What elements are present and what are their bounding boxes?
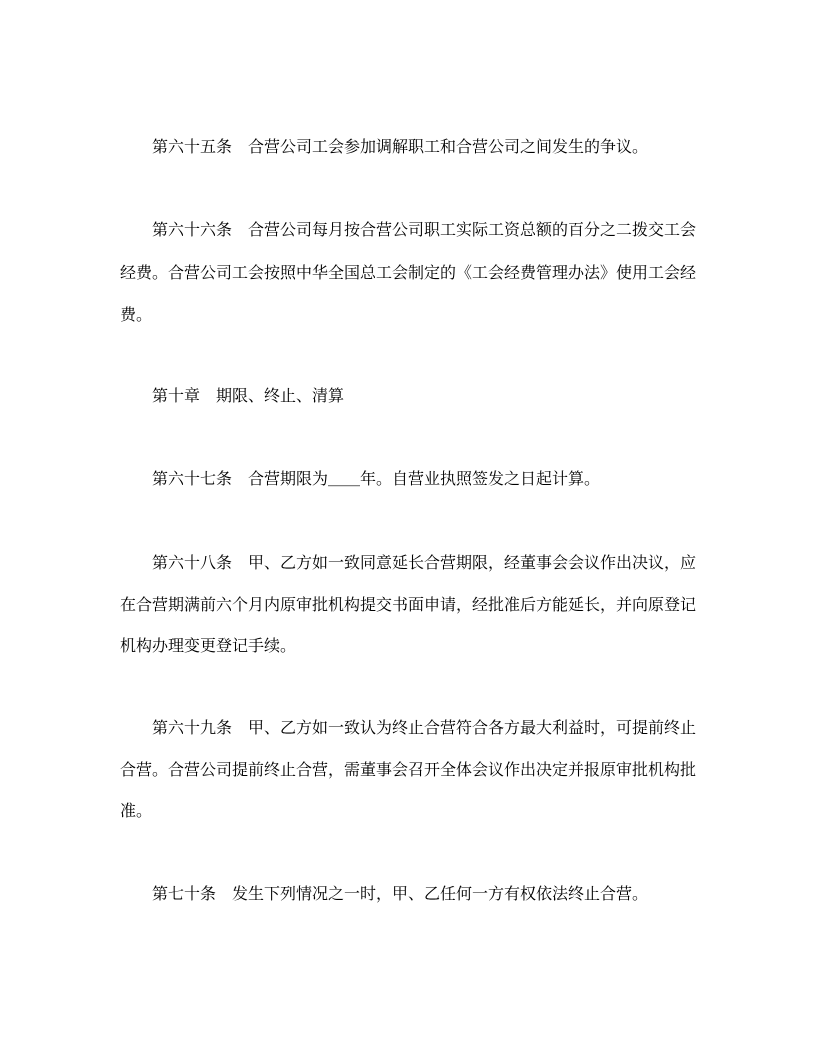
article-67-line-1: 第六十七条 合营期限为＿＿年。自营业执照签发之日起计算。: [152, 469, 600, 489]
article-68-line-2: 在合营期满前六个月内原审批机构提交书面申请，经批准后方能延长，并向原登记: [120, 595, 696, 615]
article-66-line-1: 第六十六条 合营公司每月按合营公司职工实际工资总额的百分之二拨交工会: [152, 220, 696, 240]
article-65-line-1: 第六十五条 合营公司工会参加调解职工和合营公司之间发生的争议。: [152, 137, 648, 157]
article-69-line-2: 合营。合营公司提前终止合营，需董事会召开全体会议作出决定并报原审批机构批: [120, 760, 696, 780]
chapter-10-heading: 第十章 期限、终止、清算: [152, 386, 344, 406]
article-70-line-1: 第七十条 发生下列情况之一时，甲、乙任何一方有权依法终止合营。: [152, 884, 648, 904]
article-66-line-3: 费。: [120, 305, 152, 325]
article-66-line-2: 经费。合营公司工会按照中华全国总工会制定的《工会经费管理办法》使用工会经: [120, 263, 696, 283]
article-69-line-1: 第六十九条 甲、乙方如一致认为终止合营符合各方最大利益时，可提前终止: [152, 718, 696, 738]
article-69-line-3: 准。: [120, 801, 152, 821]
article-68-line-1: 第六十八条 甲、乙方如一致同意延长合营期限，经董事会会议作出决议，应: [152, 553, 696, 573]
document-page: 第六十五条 合营公司工会参加调解职工和合营公司之间发生的争议。 第六十六条 合营…: [0, 0, 816, 1056]
article-68-line-3: 机构办理变更登记手续。: [120, 636, 296, 656]
